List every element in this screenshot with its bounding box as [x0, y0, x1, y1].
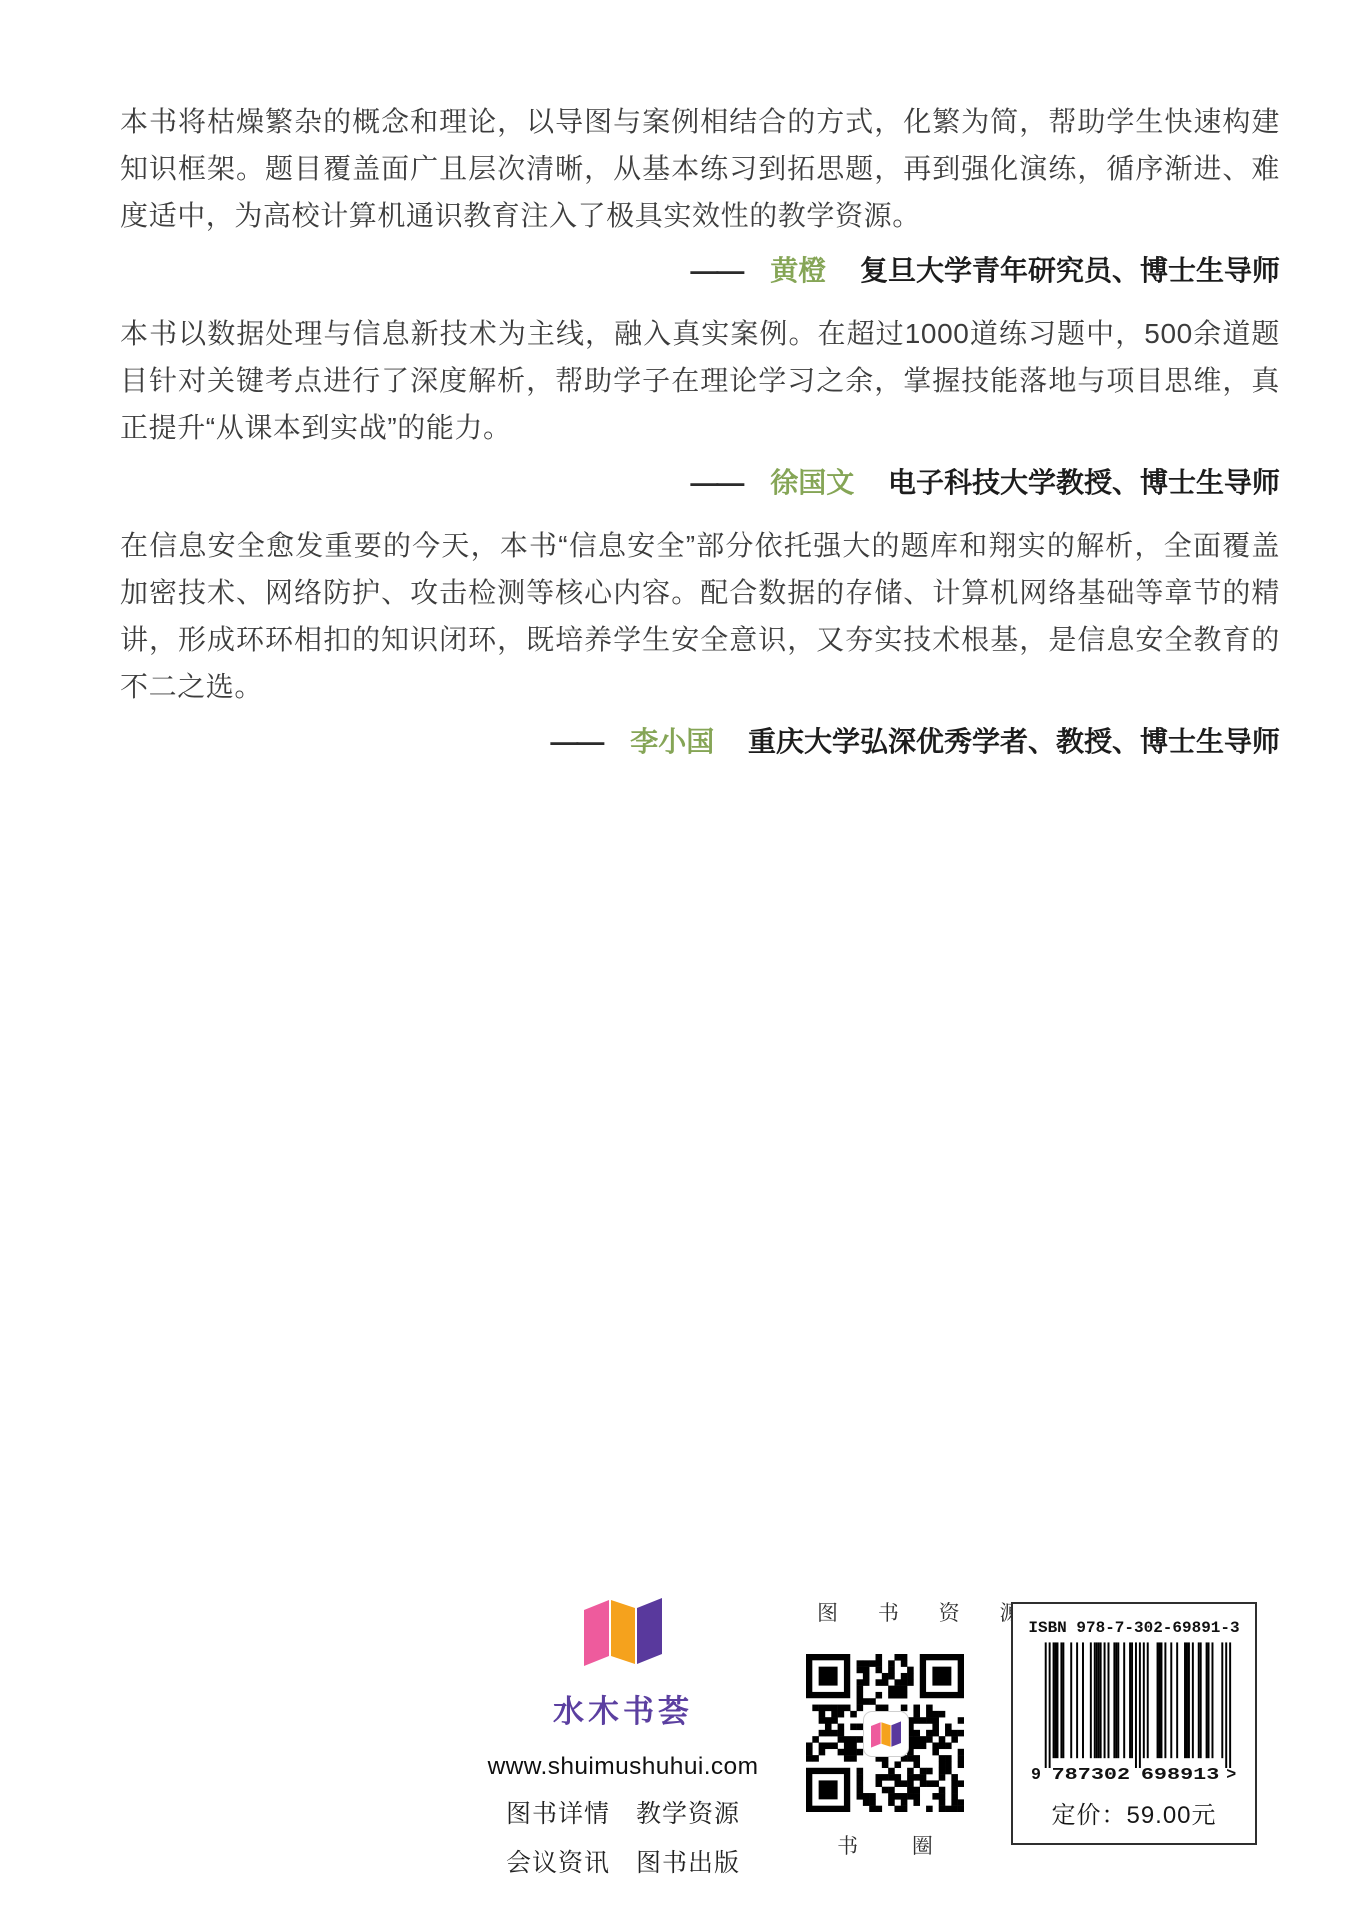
attribution-name: 黄橙	[770, 255, 826, 286]
book-back-cover: 本书将枯燥繁杂的概念和理论，以导图与案例相结合的方式，化繁为简，帮助学生快速构建…	[0, 0, 1366, 1920]
testimonial-text-1: 本书将枯燥繁杂的概念和理论，以导图与案例相结合的方式，化繁为简，帮助学生快速构建…	[120, 98, 1280, 239]
attribution-name: 徐国文	[770, 467, 854, 498]
attribution-title: 复旦大学青年研究员、博士生导师	[860, 255, 1280, 286]
publisher-links-row-1: 图书详情 教学资源	[458, 1794, 788, 1830]
barcode-box: ISBN 978-7-302-69891-3 9 787302 698913 >…	[1011, 1602, 1257, 1845]
barcode-arrow: >	[1226, 1766, 1236, 1785]
attribution-dash: ——	[690, 467, 742, 498]
publisher-website: www.shuimushuhui.com	[458, 1753, 788, 1781]
qr-code-image	[806, 1654, 964, 1812]
barcode-digits-left: 787302	[1052, 1766, 1130, 1785]
qr-center-logo	[863, 1711, 909, 1757]
qr-block: 图 书 资 源 书 圈	[800, 1597, 970, 1860]
testimonial-attribution-2: —— 徐国文 电子科技大学教授、博士生导师	[120, 459, 1280, 506]
ean13-barcode: 9 787302 698913 >	[1031, 1642, 1237, 1790]
attribution-dash: ——	[550, 726, 602, 757]
qr-center-book-icon	[871, 1721, 901, 1748]
publisher-book-icon	[584, 1598, 662, 1666]
qr-label: 图 书 资 源	[800, 1597, 970, 1627]
publisher-block: 水木书荟 www.shuimushuhui.com 图书详情 教学资源 会议资讯…	[458, 1598, 788, 1879]
testimonial-text-2: 本书以数据处理与信息新技术为主线，融入真实案例。在超过1000道练习题中，500…	[120, 310, 1280, 451]
price-text: 定价：59.00元	[1051, 1795, 1216, 1830]
attribution-title: 电子科技大学教授、博士生导师	[888, 467, 1280, 498]
publisher-logo-text: 水木书荟	[458, 1686, 788, 1731]
attribution-dash: ——	[690, 255, 742, 286]
testimonials-section: 本书将枯燥繁杂的概念和理论，以导图与案例相结合的方式，化繁为简，帮助学生快速构建…	[120, 98, 1280, 781]
barcode-digits-right: 698913	[1141, 1766, 1219, 1785]
testimonial-attribution-1: —— 黄橙 复旦大学青年研究员、博士生导师	[120, 247, 1280, 294]
attribution-title: 重庆大学弘深优秀学者、教授、博士生导师	[748, 726, 1280, 757]
attribution-name: 李小国	[630, 726, 714, 757]
testimonial-text-3: 在信息安全愈发重要的今天，本书“信息安全”部分依托强大的题库和翔实的解析，全面覆…	[120, 522, 1280, 710]
testimonial-attribution-3: —— 李小国 重庆大学弘深优秀学者、教授、博士生导师	[120, 718, 1280, 765]
qr-caption: 书 圈	[800, 1830, 970, 1860]
isbn-text: ISBN 978-7-302-69891-3	[1028, 1619, 1239, 1637]
publisher-links-row-2: 会议资讯 图书出版	[458, 1843, 788, 1879]
barcode-lead-digit: 9	[1031, 1766, 1041, 1785]
